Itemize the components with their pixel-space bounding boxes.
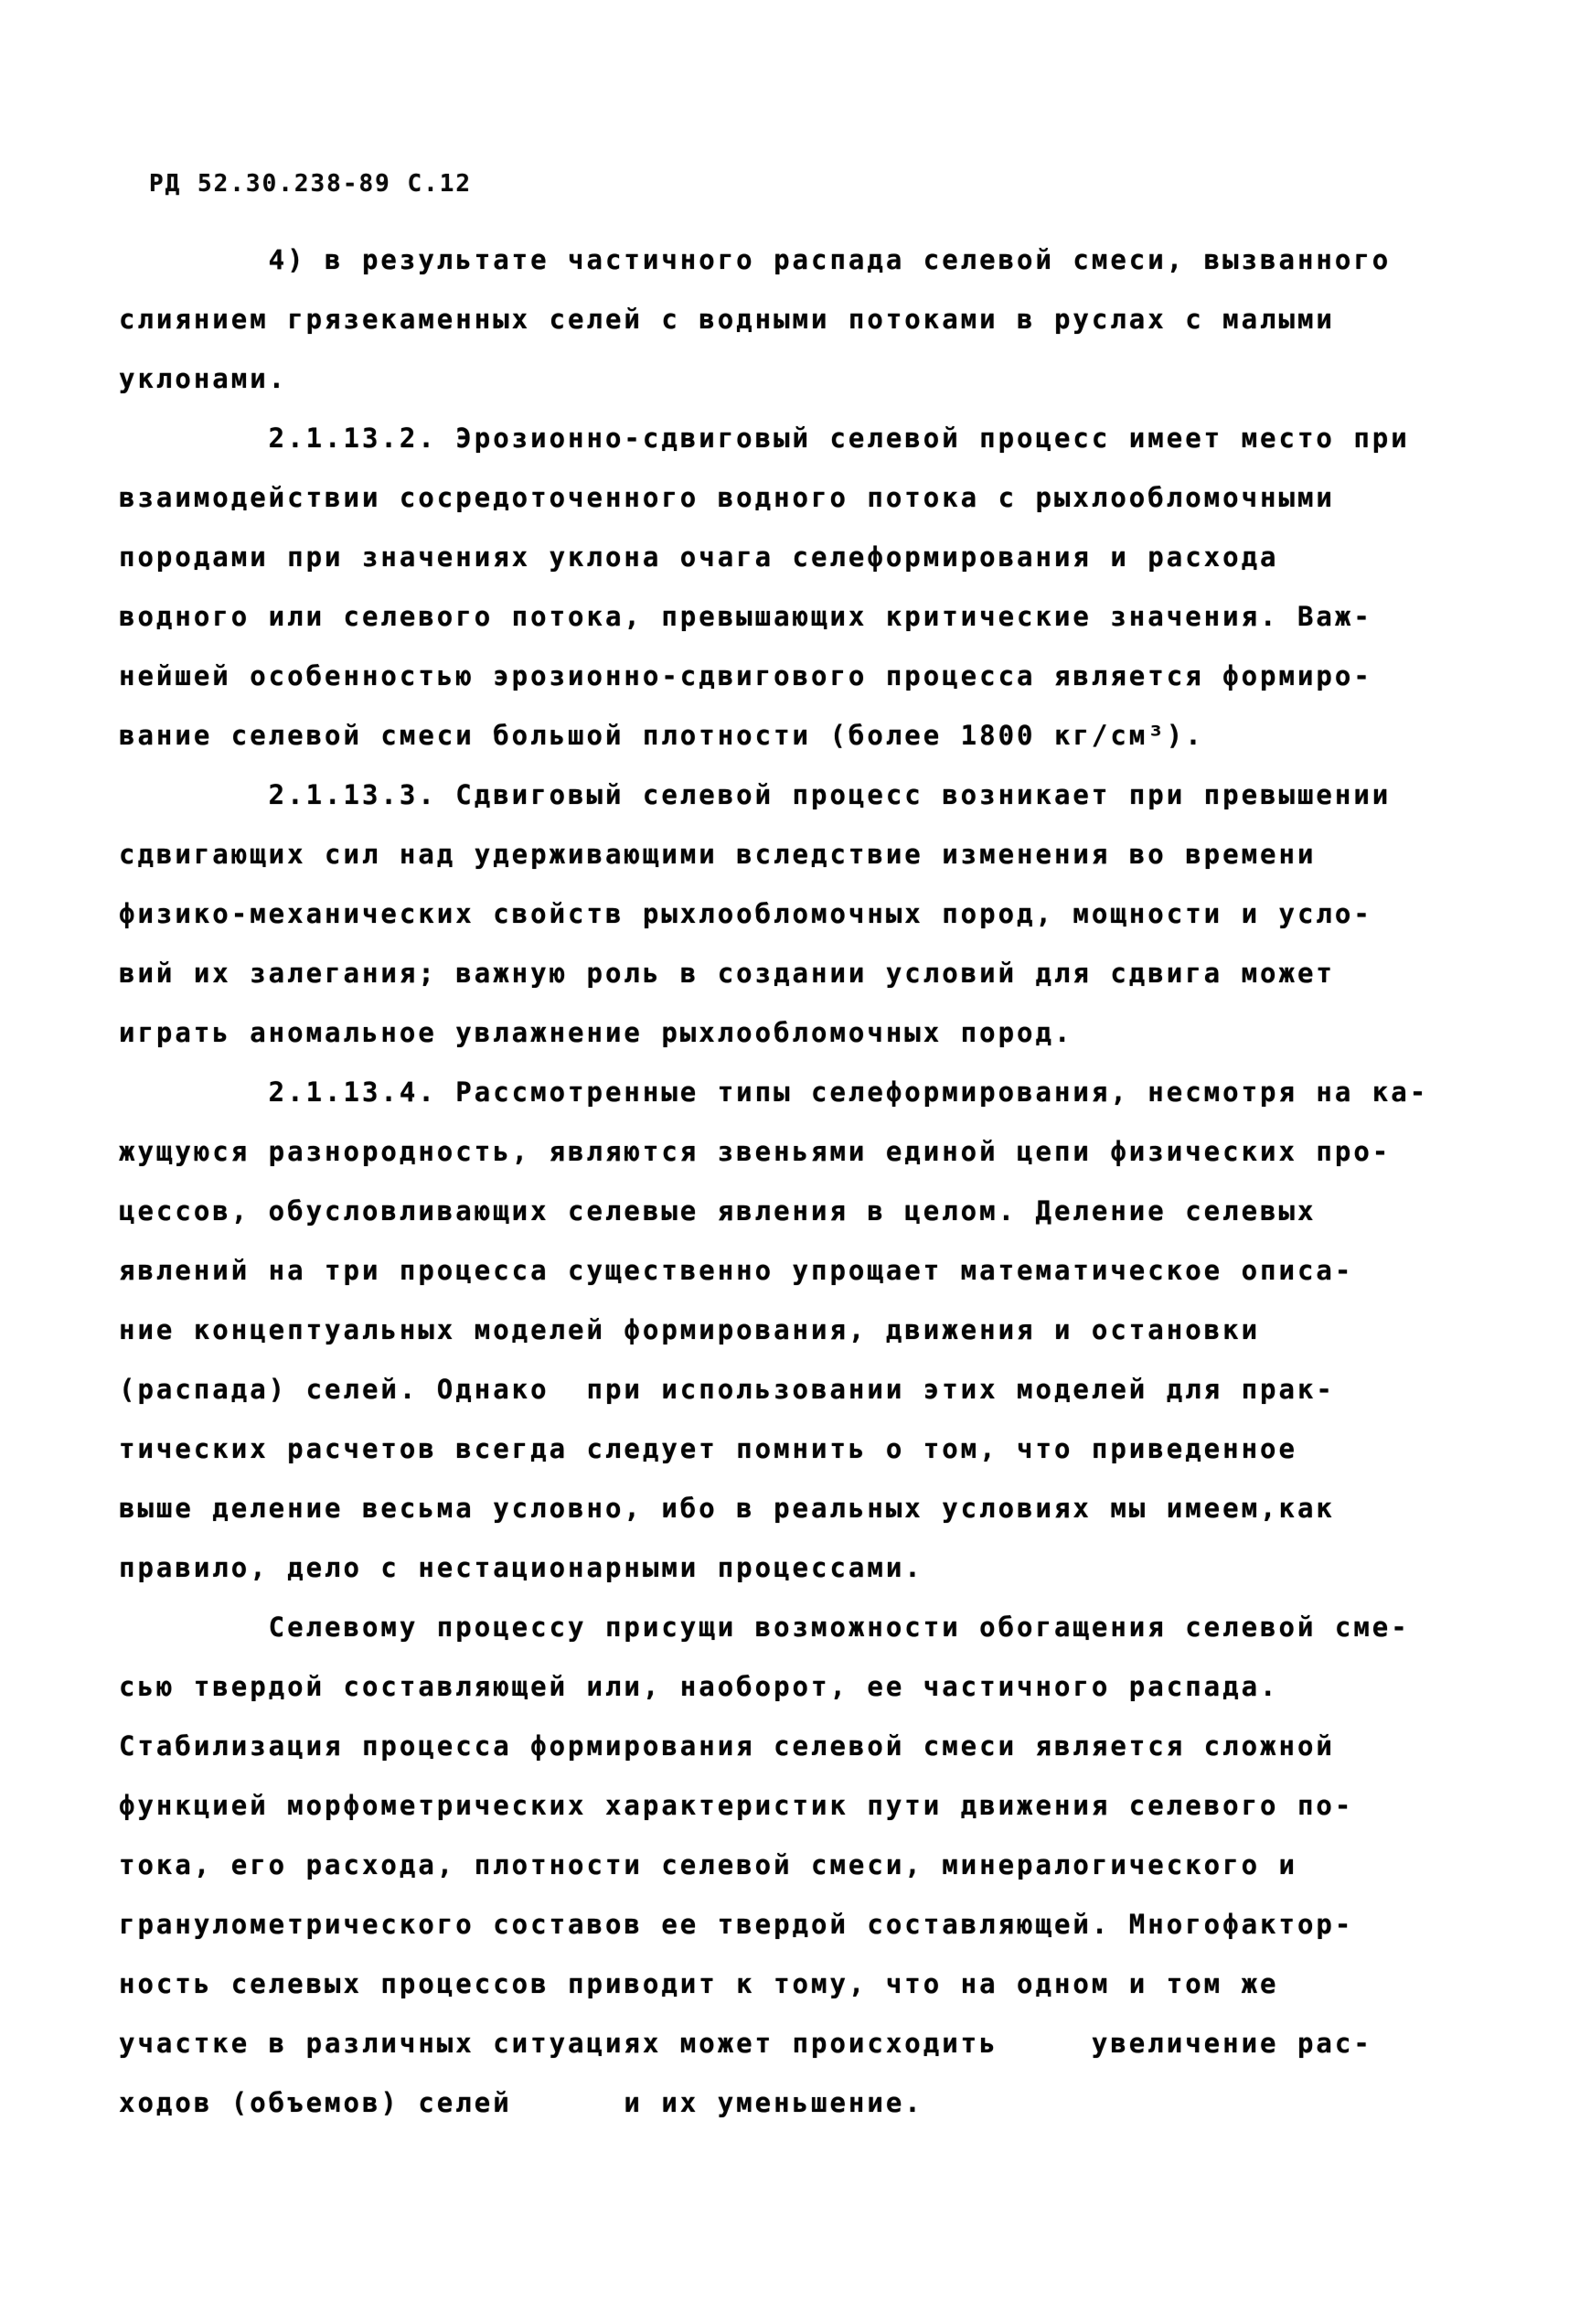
text-line: Селевому процессу присущи возможности об… xyxy=(119,1598,1472,1657)
text-line: тока, его расхода, плотности селевой сме… xyxy=(119,1836,1472,1895)
paragraph-list-item-4: 4) в результате частичного распада селев… xyxy=(119,230,1472,409)
text-line: правило, дело с нестационарными процесса… xyxy=(119,1538,1472,1598)
text-line: породами при значениях уклона очага селе… xyxy=(119,528,1472,587)
text-line: взаимодействии сосредоточенного водного … xyxy=(119,468,1472,528)
text-line: (распада) селей. Однако при использовани… xyxy=(119,1360,1472,1419)
text-line: слиянием грязекаменных селей с водными п… xyxy=(119,290,1472,349)
text-line: цессов, обусловливающих селевые явления … xyxy=(119,1182,1472,1241)
text-line: жущуюся разнородность, являются звеньями… xyxy=(119,1122,1472,1182)
text-line: Стабилизация процесса формирования селев… xyxy=(119,1717,1472,1776)
text-line: сдвигающих сил над удерживающими вследст… xyxy=(119,825,1472,884)
paragraph-2-1-13-3: 2.1.13.3. Сдвиговый селевой процесс возн… xyxy=(119,766,1472,1063)
text-line: физико-механических свойств рыхлообломоч… xyxy=(119,884,1472,944)
text-line: нейшей особенностью эрозионно-сдвигового… xyxy=(119,647,1472,706)
text-line: ходов (объемов) селей и их уменьшение. xyxy=(119,2073,1472,2133)
text-line: ность селевых процессов приводит к тому,… xyxy=(119,1955,1472,2014)
document-page: РД 52.30.238-89 С.12 4) в результате час… xyxy=(0,0,1569,2324)
text-line: водного или селевого потока, превышающих… xyxy=(119,587,1472,647)
text-line: тических расчетов всегда следует помнить… xyxy=(119,1419,1472,1479)
text-line: 2.1.13.4. Рассмотренные типы селеформиро… xyxy=(119,1063,1472,1122)
text-line: участке в различных ситуациях может прои… xyxy=(119,2014,1472,2073)
text-line: уклонами. xyxy=(119,349,1472,409)
text-line: сью твердой составляющей или, наоборот, … xyxy=(119,1657,1472,1717)
paragraph-mudflow-process: Селевому процессу присущи возможности об… xyxy=(119,1598,1472,2133)
text-line: функцией морфометрических характеристик … xyxy=(119,1776,1472,1836)
text-line: играть аномальное увлажнение рыхлообломо… xyxy=(119,1003,1472,1063)
text-line: 2.1.13.2. Эрозионно-сдвиговый селевой пр… xyxy=(119,409,1472,468)
document-reference-header: РД 52.30.238-89 С.12 xyxy=(149,170,472,198)
text-line: гранулометрического составов ее твердой … xyxy=(119,1895,1472,1955)
text-line: 4) в результате частичного распада селев… xyxy=(119,230,1472,290)
text-line: вание селевой смеси большой плотности (б… xyxy=(119,706,1472,766)
paragraph-2-1-13-2: 2.1.13.2. Эрозионно-сдвиговый селевой пр… xyxy=(119,409,1472,766)
document-body: 4) в результате частичного распада селев… xyxy=(119,230,1472,2133)
paragraph-2-1-13-4: 2.1.13.4. Рассмотренные типы селеформиро… xyxy=(119,1063,1472,1598)
text-line: выше деление весьма условно, ибо в реаль… xyxy=(119,1479,1472,1538)
text-line: ние концептуальных моделей формирования,… xyxy=(119,1301,1472,1360)
text-line: явлений на три процесса существенно упро… xyxy=(119,1241,1472,1301)
text-line: вий их залегания; важную роль в создании… xyxy=(119,944,1472,1003)
text-line: 2.1.13.3. Сдвиговый селевой процесс возн… xyxy=(119,766,1472,825)
